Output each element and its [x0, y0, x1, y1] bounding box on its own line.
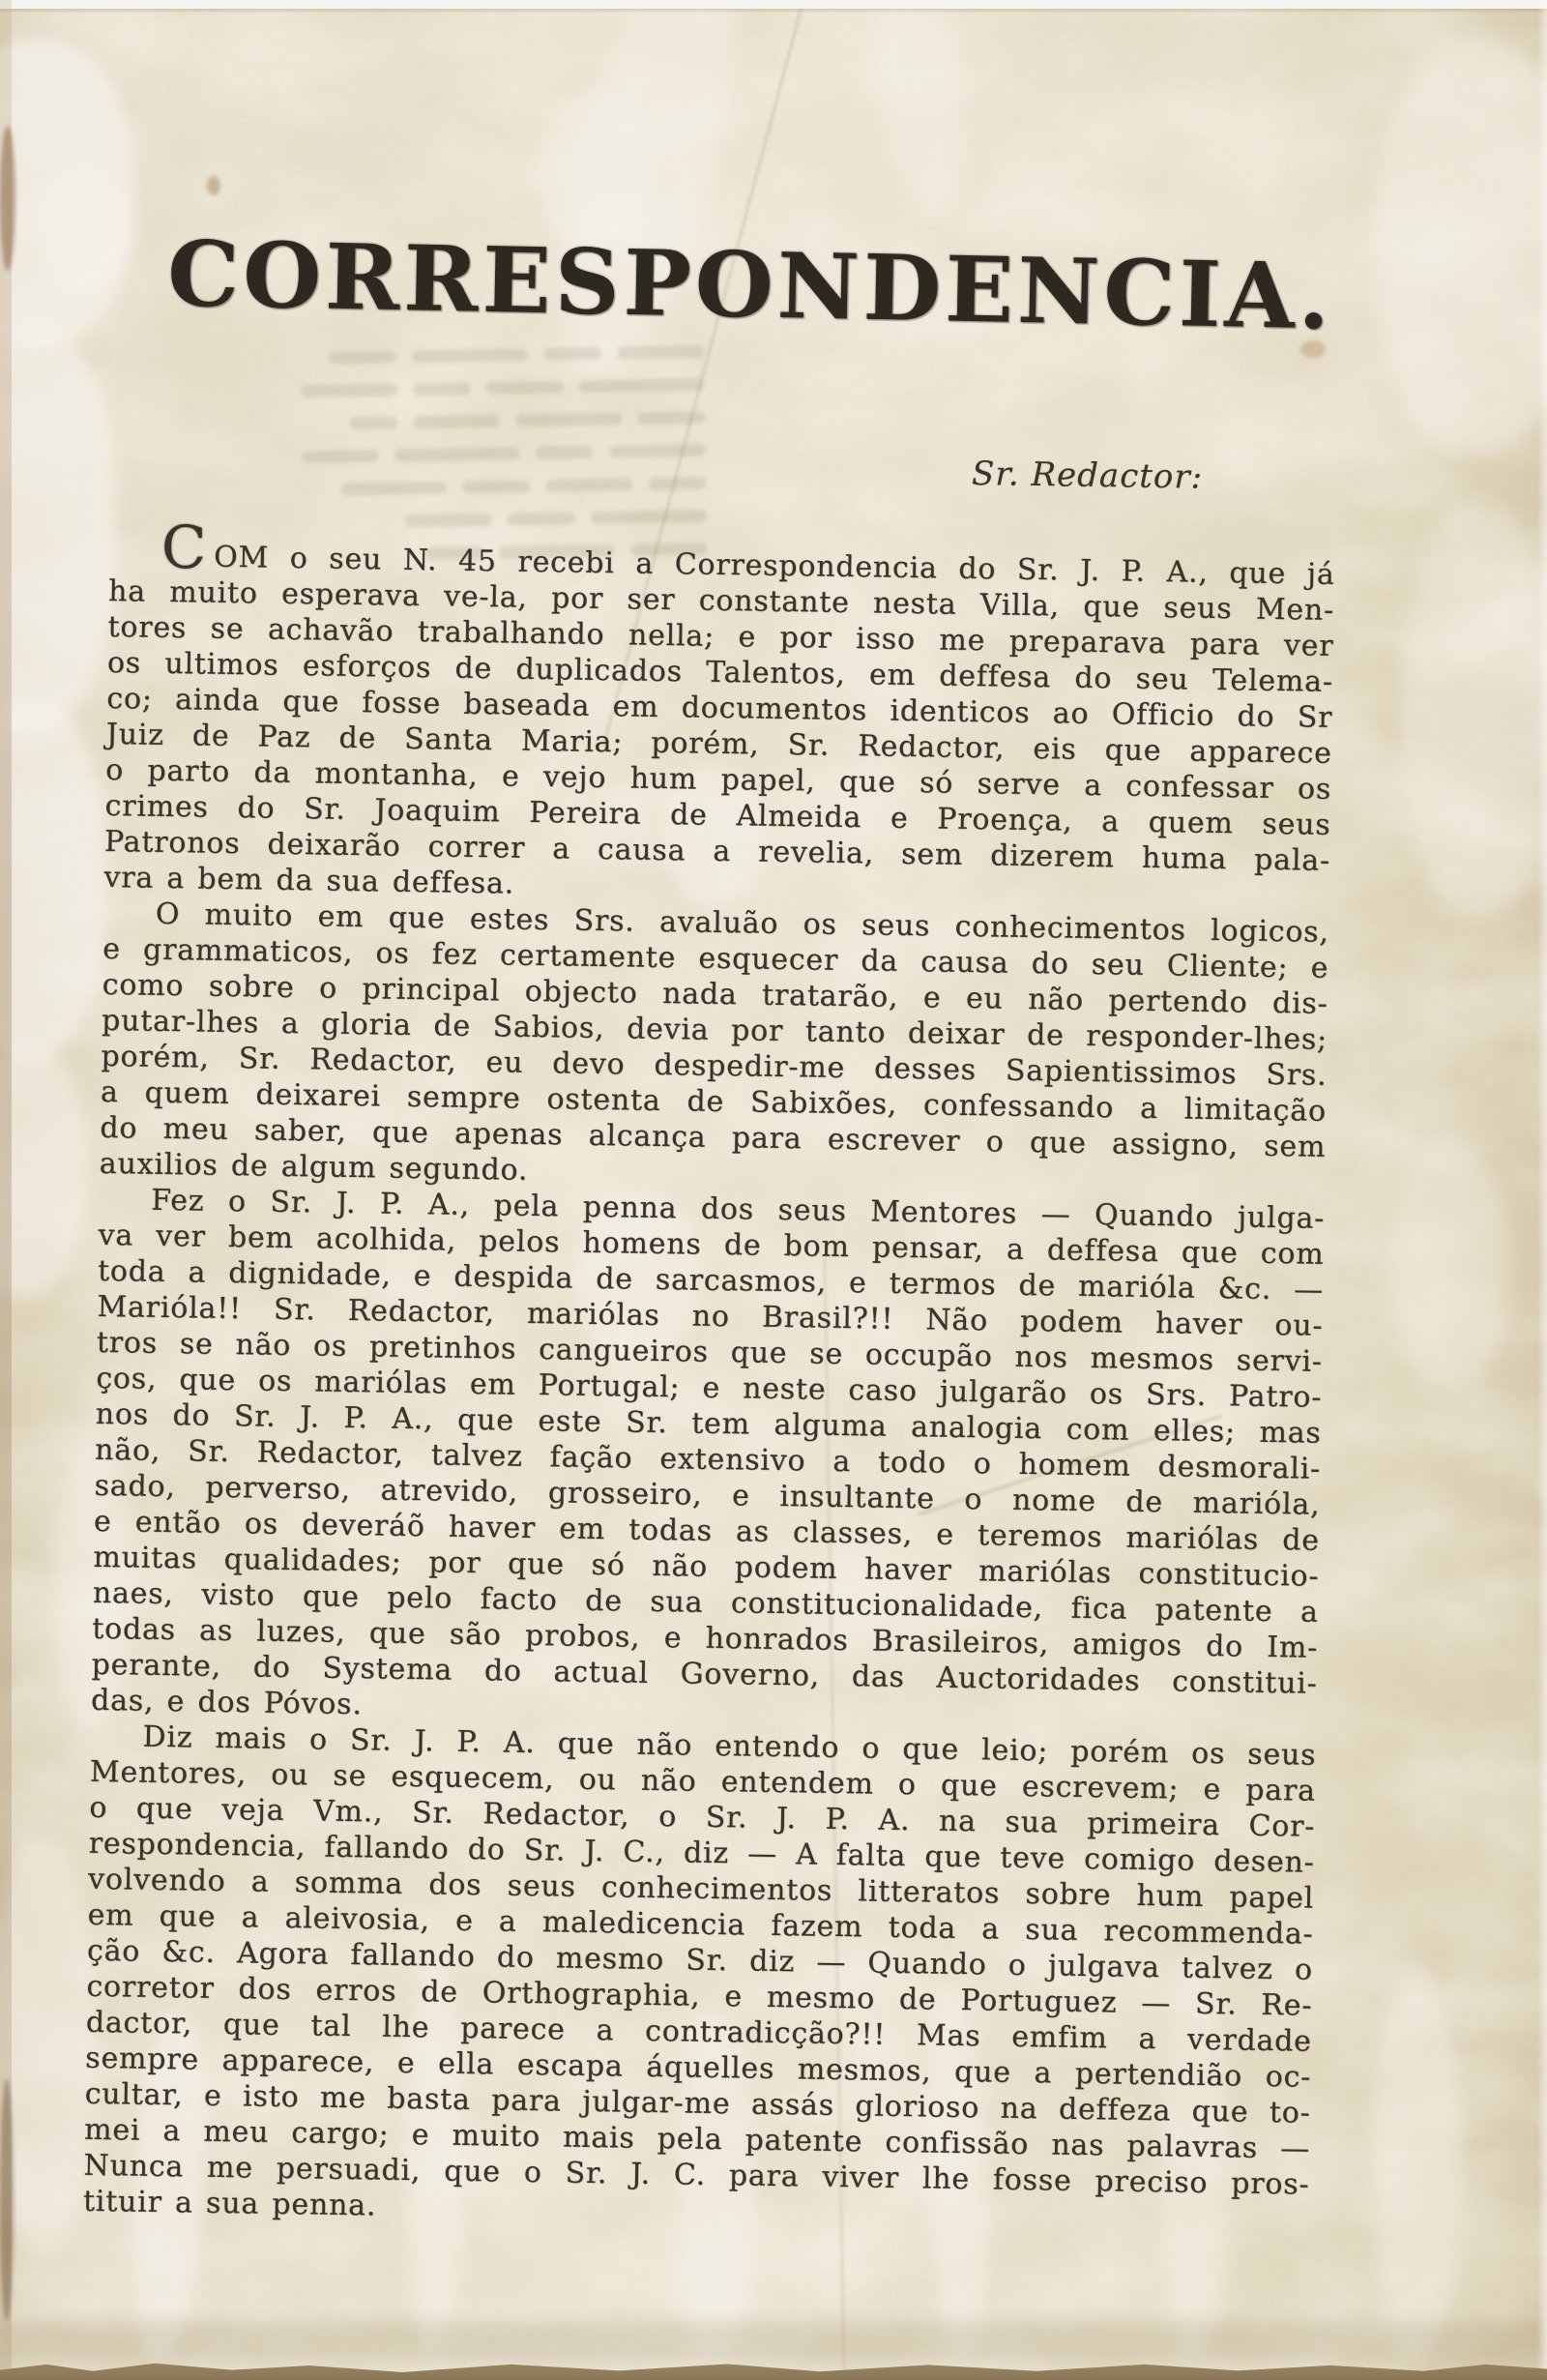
page-title: CORRESPONDENCIA. — [166, 228, 1340, 341]
torn-patch — [858, 0, 978, 218]
bottom-edge-shadow — [0, 2321, 1547, 2364]
torn-patch — [537, 92, 653, 247]
ghost-line — [143, 341, 705, 384]
document-scan: CORRESPONDENCIA. Sr. Redactor: COM o seu… — [0, 0, 1547, 2380]
torn-patch — [0, 696, 106, 1064]
torn-patch — [0, 1044, 87, 1296]
torn-patch — [1373, 39, 1547, 455]
torn-patch — [1402, 503, 1547, 919]
torn-patch — [1373, 1973, 1460, 2360]
ghost-line — [144, 374, 706, 417]
letter-body: COM o seu N. 45 recebi a Correspondencia… — [83, 538, 1335, 2239]
torn-patch — [0, 319, 116, 735]
salutation: Sr. Redactor: — [110, 441, 1336, 499]
paragraph: Diz mais o Sr. J. P. A. que não entendo … — [83, 1719, 1317, 2239]
paragraph: Fez o Sr. J. P. A., pela penna dos seus … — [91, 1182, 1326, 1738]
stain-dot — [207, 176, 220, 195]
paragraph: COM o seu N. 45 recebi a Correspondencia… — [103, 538, 1335, 915]
top-edge — [0, 0, 1547, 9]
torn-patch — [1392, 1141, 1508, 1393]
torn-patch — [0, 1837, 97, 2253]
left-edge — [0, 0, 12, 2380]
printed-content: CORRESPONDENCIA. Sr. Redactor: COM o seu… — [113, 230, 1340, 339]
paragraph: O muito em que estes Srs. avaluão os seu… — [100, 896, 1329, 1201]
drop-cap-initial: C — [161, 544, 208, 554]
right-edge — [1537, 0, 1547, 2380]
